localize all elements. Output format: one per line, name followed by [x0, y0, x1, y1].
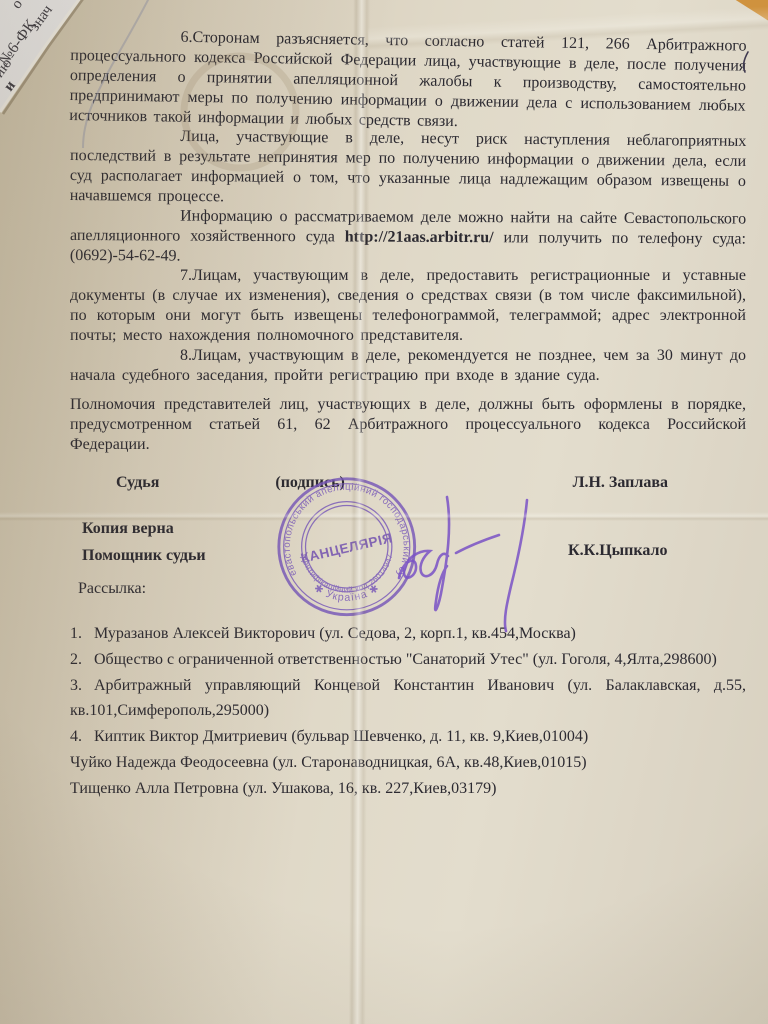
judge-label: Судья: [116, 473, 159, 493]
paragraph-authority: Полномочия представителей лиц, участвующ…: [70, 395, 746, 455]
recipient: Общество с ограниченной ответственностью…: [94, 651, 717, 668]
mailing-list-item: 1.Муразанов Алексей Викторович (ул. Седо…: [70, 621, 746, 646]
paragraph-risk-notice: Лица, участвующие в деле, несут риск нас…: [70, 126, 747, 212]
judge-signature-row: Судья (подпись) Л.Н. Заплава: [70, 473, 746, 493]
recipient: Муразанов Алексей Викторович (ул. Седова…: [94, 625, 576, 642]
recipient: Чуйко Надежда Феодосеевна (ул. Старонаво…: [70, 754, 587, 771]
page-fragment-text: о: [9, 0, 27, 13]
recipient: Тищенко Алла Петровна (ул. Ушакова, 16, …: [70, 780, 496, 797]
mailing-list-item: Тищенко Алла Петровна (ул. Ушакова, 16, …: [70, 776, 746, 801]
assistant-name: К.К.Цыпкало: [568, 541, 667, 561]
document-text: 6.Сторонам разъясняется, что согласно ст…: [70, 26, 746, 802]
mailing-list: 1.Муразанов Алексей Викторович (ул. Седо…: [70, 621, 746, 801]
paragraph-case-info: Информацию о рассматриваемом деле можно …: [70, 206, 746, 270]
court-site-url: http://21aas.arbitr.ru/: [345, 228, 494, 246]
item-number: 3.: [70, 673, 94, 698]
item-number: 2.: [70, 647, 94, 672]
mailing-list-item: 2.Общество с ограниченной ответственност…: [70, 647, 746, 672]
mailing-list-item: Чуйко Надежда Феодосеевна (ул. Старонаво…: [70, 750, 746, 775]
paragraph-8: 8.Лицам, участвующим в деле, рекомендует…: [70, 346, 746, 386]
mailing-label: Рассылка:: [78, 579, 746, 599]
mailing-list-item: 4.Киптик Виктор Дмитриевич (бульвар Шевч…: [70, 724, 746, 749]
signature-note: (подпись): [275, 473, 345, 493]
paragraph-6: 6.Сторонам разъясняется, что согласно ст…: [69, 26, 746, 137]
copy-certification-block: Копия верна Помощник судьи К.К.Цыпкало: [70, 519, 746, 566]
judge-name: Л.Н. Заплава: [573, 473, 668, 493]
photo-of-document: о знач №6-ФК ию и к 6.Сторонам разъясняе…: [0, 0, 768, 1024]
item-number: 4.: [70, 724, 94, 749]
paragraph-7: 7.Лицам, участвующим в деле, предоставит…: [70, 266, 746, 346]
item-number: 1.: [70, 621, 94, 646]
mailing-list-item: 3.Арбитражный управляющий Концевой Конст…: [70, 673, 746, 723]
recipient: Арбитражный управляющий Концевой Констан…: [70, 677, 746, 719]
recipient: Киптик Виктор Дмитриевич (бульвар Шевчен…: [94, 728, 588, 745]
copy-note: Копия верна: [82, 519, 746, 539]
